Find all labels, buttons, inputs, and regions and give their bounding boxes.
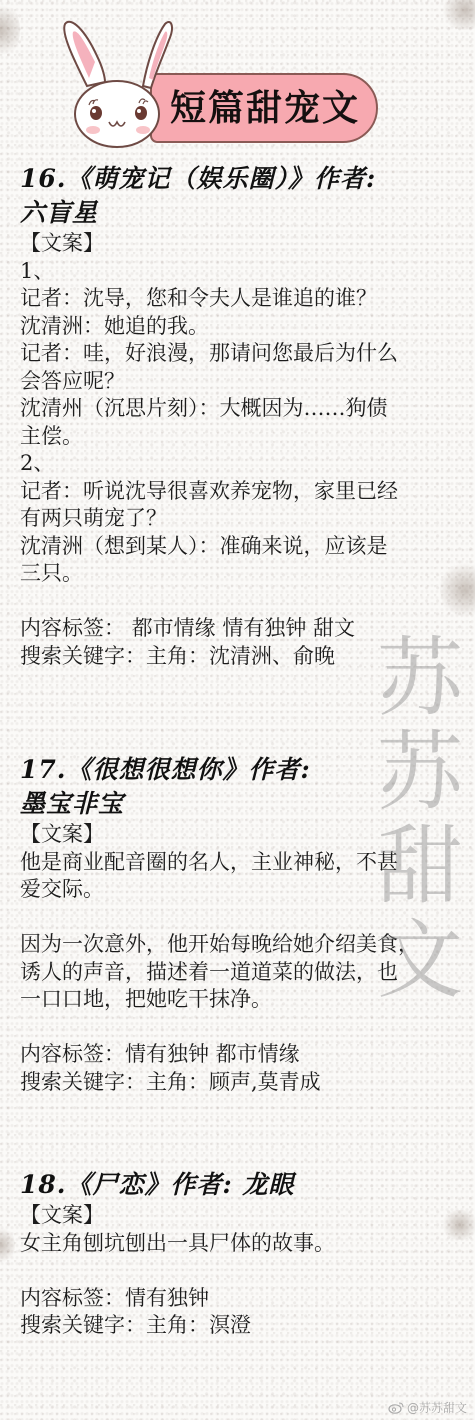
synopsis-line: 沈清洲：她追的我。 [20,313,460,341]
header: 短篇甜宠文 [0,0,475,155]
book-entry-18: 18.《尸恋》作者: 龙眼 【文案】 女主角刨坑刨出一具尸体的故事。 内容标签：… [20,1168,460,1340]
book-entry-17: 17.《很想很想你》作者: 墨宝非宝 【文案】 他是商业配音圈的名人，主业神秘，… [20,753,460,1096]
synopsis-line: 有两只萌宠了？ [20,505,460,533]
book-author: 墨宝非宝 [20,787,460,821]
synopsis-line: 诱人的声音，描述着一道道菜的做法，也 [20,959,460,987]
synopsis-line: 他是商业配音圈的名人，主业神秘，不甚 [20,849,460,877]
book-entry-16: 16.《萌宠记（娱乐圈）》作者: 六盲星 【文案】 1、 记者：沈导，您和令夫人… [20,162,460,670]
synopsis-line: 记者：听说沈导很喜欢养宠物，家里已经 [20,478,460,506]
synopsis-line: 爱交际。 [20,876,460,904]
synopsis-line: 三只。 [20,560,460,588]
section-label: 【文案】 [20,1202,460,1230]
search-keywords: 搜索关键字：主角：顾声,莫青成 [20,1069,460,1097]
section-label: 【文案】 [20,230,460,258]
synopsis-line: 1、 [20,258,460,286]
synopsis-line: 主偿。 [20,423,460,451]
banner-title: 短篇甜宠文 [170,82,375,134]
content-tags: 内容标签：情有独钟 都市情缘 [20,1041,460,1069]
book-title: 16.《萌宠记（娱乐圈）》作者: [20,162,460,196]
spacer [20,588,460,616]
book-title: 17.《很想很想你》作者: [20,753,460,787]
search-keywords: 搜索关键字：主角：沈清洲、俞晚 [20,643,460,671]
search-keywords: 搜索关键字：主角：溟澄 [20,1312,460,1340]
synopsis-line: 沈清洲（想到某人）：准确来说，应该是 [20,533,460,561]
content-tags: 内容标签： 都市情缘 情有独钟 甜文 [20,615,460,643]
synopsis-line: 一口口地，把她吃干抹净。 [20,986,460,1014]
book-title: 18.《尸恋》作者: 龙眼 [20,1168,460,1202]
synopsis-line: 沈清州（沉思片刻）：大概因为……狗债 [20,395,460,423]
paper-stain [0,1225,15,1265]
watermark-handle: @苏苏甜文 [407,1399,467,1416]
synopsis-line: 女主角刨坑刨出一具尸体的故事。 [20,1230,460,1258]
book-author: 六盲星 [20,196,460,230]
synopsis-line: 记者：哇，好浪漫，那请问您最后为什么 [20,340,460,368]
spacer [20,904,460,932]
synopsis-line: 记者：沈导，您和令夫人是谁追的谁？ [20,285,460,313]
synopsis-line: 因为一次意外，他开始每晚给她介绍美食， [20,931,460,959]
weibo-watermark: @苏苏甜文 [388,1399,467,1416]
content-tags: 内容标签：情有独钟 [20,1285,460,1313]
spacer [20,1257,460,1285]
spacer [20,1014,460,1042]
section-label: 【文案】 [20,821,460,849]
synopsis-line: 会答应呢？ [20,368,460,396]
bunny-mascot-icon [55,8,175,148]
weibo-icon [388,1402,404,1414]
synopsis-line: 2、 [20,450,460,478]
